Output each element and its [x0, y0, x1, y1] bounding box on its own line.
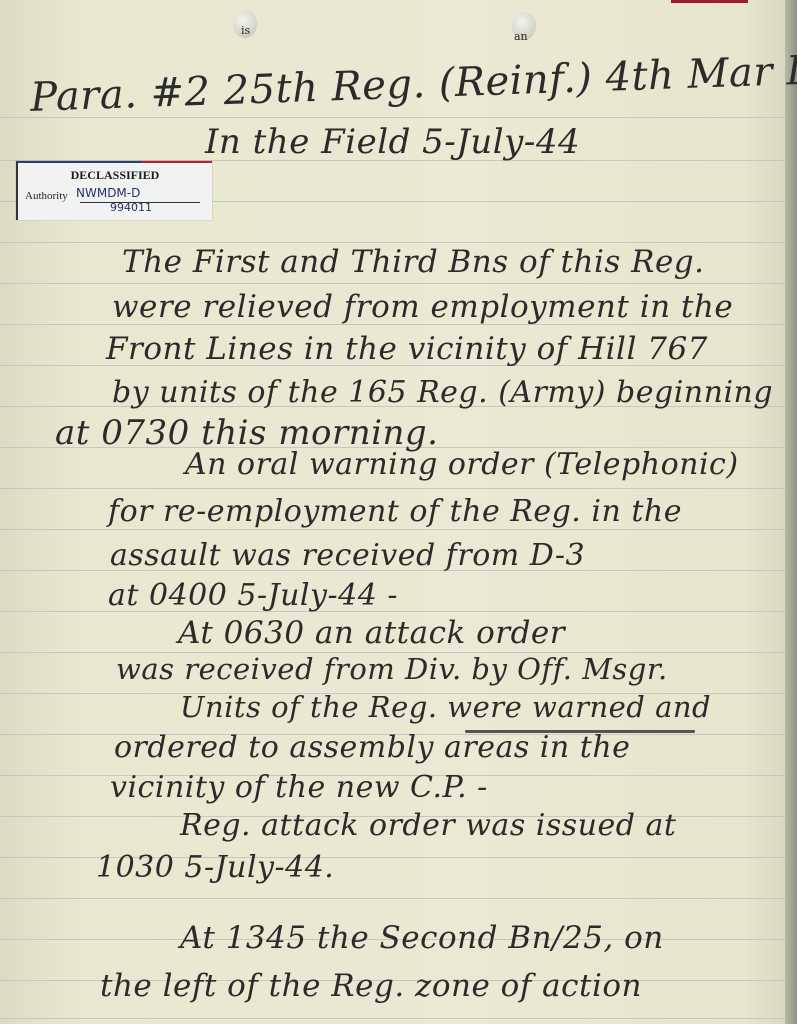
body-line: The First and Third Bns of this Reg. [122, 244, 705, 280]
hole-mark-text: is [241, 24, 250, 37]
stamp-authority-label: Authority [25, 190, 68, 202]
body-line: by units of the 165 Reg. (Army) beginnin… [112, 375, 773, 410]
rule-line [0, 488, 785, 489]
body-line: Front Lines in the vicinity of Hill 767 [106, 331, 708, 367]
rule-line [0, 898, 785, 899]
red-tab-marker [671, 0, 748, 3]
body-line: were relieved from employment in the [112, 289, 733, 325]
body-line: was received from Div. by Off. Msgr. [116, 652, 668, 686]
body-line: At 0630 an attack order [178, 615, 565, 651]
rule-line [0, 283, 785, 284]
page-edge [785, 0, 797, 1024]
hole-mark-text: an [514, 30, 528, 43]
rule-line [0, 242, 785, 243]
header-line-2: In the Field 5-July-44 [205, 122, 580, 162]
body-line: Reg. attack order was issued at [180, 808, 676, 843]
body-line: Units of the Reg. were warned and [180, 690, 711, 724]
stamp-title: DECLASSIFIED [18, 168, 212, 183]
body-line: at 0400 5-July-44 - [108, 578, 398, 613]
rule-line [0, 1018, 785, 1019]
stamp-authority-value: NWMDM-D [76, 186, 140, 200]
body-line: An oral warning order (Telephonic) [185, 447, 739, 482]
body-line: for re-employment of the Reg. in the [108, 494, 682, 529]
body-line: ordered to assembly areas in the [114, 730, 630, 765]
rule-line [0, 529, 785, 530]
body-line: 1030 5-July-44. [96, 850, 334, 885]
body-line: vicinity of the new C.P. - [110, 770, 488, 805]
body-line: assault was received from D-3 [110, 538, 585, 573]
declassified-stamp: DECLASSIFIED Authority NWMDM-D 994011 [16, 161, 212, 220]
body-line: the left of the Reg. zone of action [100, 968, 642, 1004]
stamp-authority-number: 994011 [110, 201, 152, 214]
body-line: At 1345 the Second Bn/25, on [180, 920, 664, 956]
stamp-red-border [142, 161, 212, 163]
